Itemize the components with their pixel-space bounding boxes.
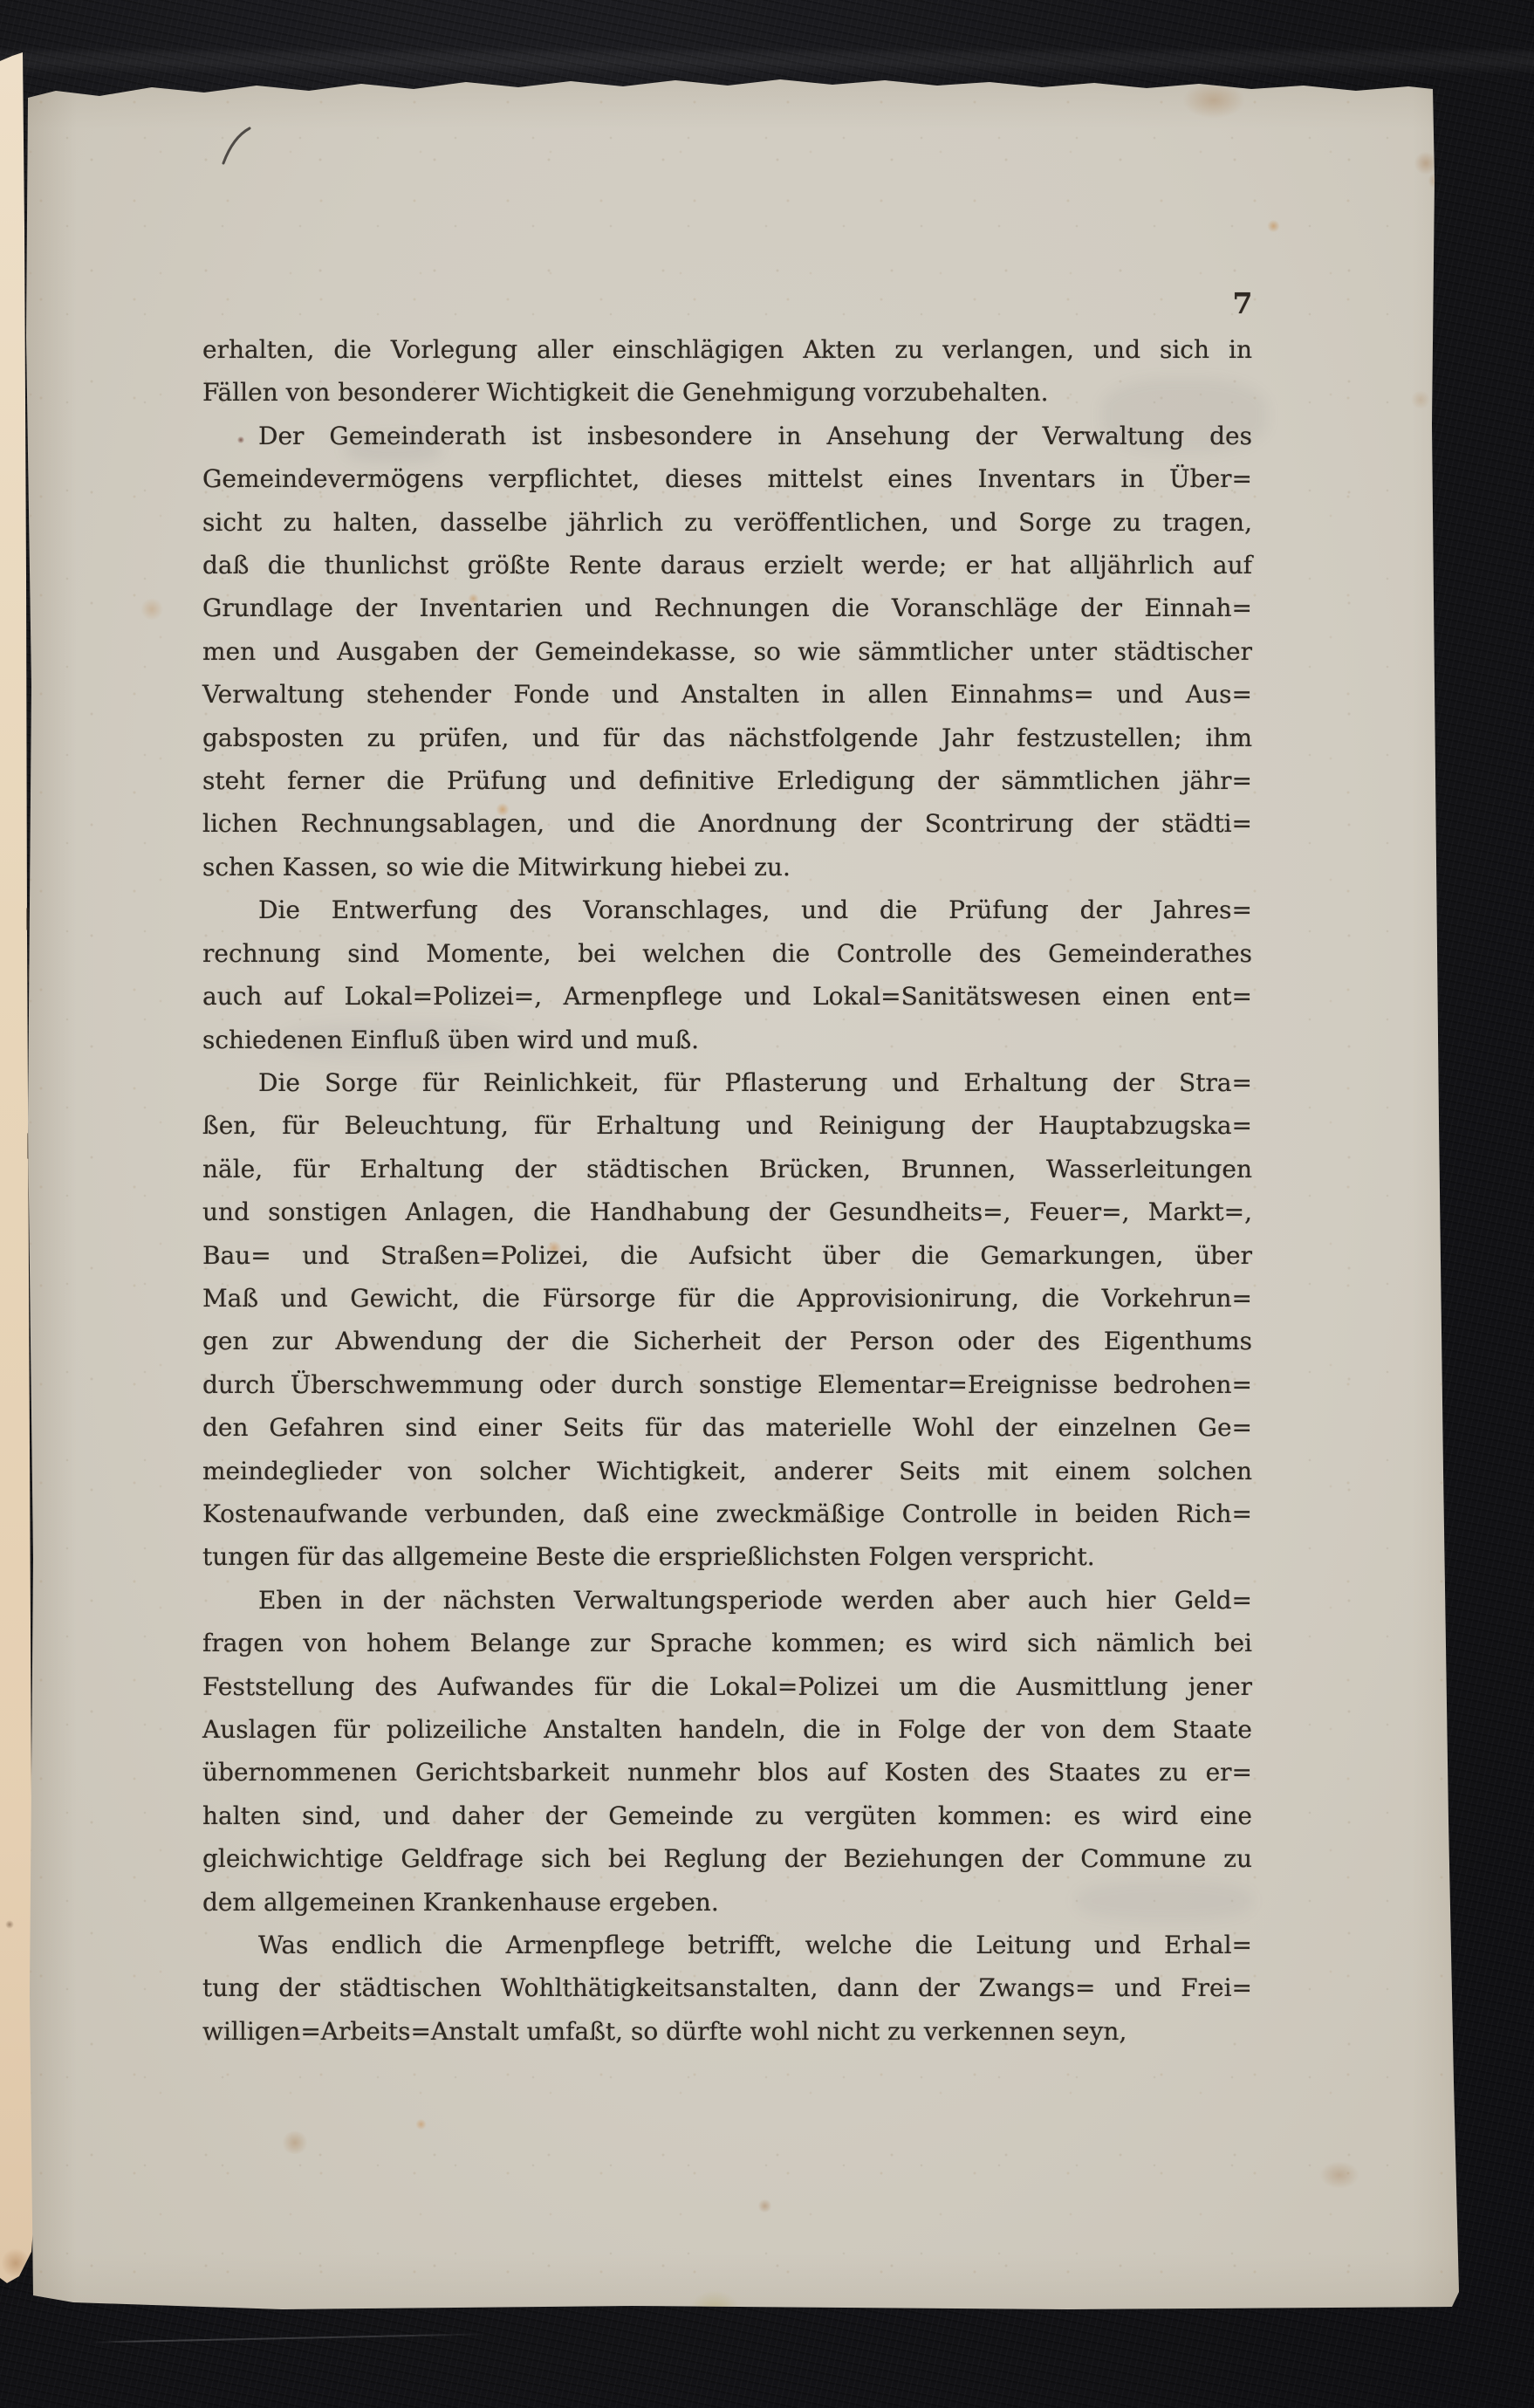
- binding-crease: [26, 908, 29, 930]
- text-line: willigen=Arbeits=Anstalt umfaßt, so dürf…: [202, 2010, 1252, 2053]
- text-line: den Gefahren sind einer Seits für das ma…: [202, 1406, 1252, 1449]
- text-line: rechnung sind Momente, bei welchen die C…: [202, 932, 1252, 975]
- text-line: sicht zu halten, dasselbe jährlich zu ve…: [202, 501, 1252, 544]
- text-line: und sonstigen Anlagen, die Handhabung de…: [202, 1190, 1252, 1233]
- cover-scratch: [92, 2333, 489, 2343]
- text-block: erhalten, die Vorlegung aller einschlägi…: [202, 328, 1252, 2053]
- text-line: Fällen von besonderer Wichtigkeit die Ge…: [202, 371, 1252, 414]
- text-line: durch Überschwemmung oder durch sonstige…: [202, 1363, 1252, 1406]
- text-line: tung der städtischen Wohlthätigkeitsanst…: [202, 1966, 1252, 2009]
- stain: [281, 2131, 309, 2154]
- text-line: Die Sorge für Reinlichkeit, für Pflaster…: [202, 1061, 1252, 1104]
- stain: [1410, 391, 1431, 408]
- stain: [1428, 173, 1445, 189]
- stain: [415, 2119, 427, 2130]
- text-line: Der Gemeinderath ist insbesondere in Ans…: [202, 415, 1252, 457]
- text-line: Die Entwerfung des Voranschlages, und di…: [202, 888, 1252, 931]
- text-line: gen zur Abwendung der die Sicherheit der…: [202, 1320, 1252, 1362]
- scanned-book-photo: 7 erhalten, die Vorlegung aller einschlä…: [0, 0, 1534, 2408]
- text-line: Eben in der nächsten Verwaltungsperiode …: [202, 1579, 1252, 1622]
- book-page: 7 erhalten, die Vorlegung aller einschlä…: [21, 75, 1461, 2315]
- text-line: Kostenaufwande verbunden, daß eine zweck…: [202, 1492, 1252, 1535]
- stain: [1319, 2161, 1359, 2189]
- stain: [1182, 82, 1245, 119]
- text-line: ßen, für Beleuchtung, für Erhaltung und …: [202, 1104, 1252, 1147]
- text-line: dem allgemeinen Krankenhause ergeben.: [202, 1881, 1252, 1924]
- text-line: Was endlich die Armenpflege betrifft, we…: [202, 1924, 1252, 1966]
- text-line: Bau= und Straßen=Polizei, die Aufsicht ü…: [202, 1234, 1252, 1277]
- text-line: tungen für das allgemeine Beste die ersp…: [202, 1535, 1252, 1578]
- page-number: 7: [1223, 286, 1262, 320]
- text-line: Maß und Gewicht, die Fürsorge für die Ap…: [202, 1277, 1252, 1320]
- text-line: schen Kassen, so wie die Mitwirkung hieb…: [202, 846, 1252, 888]
- text-line: Gemeindevermögens verpflichtet, dieses m…: [202, 457, 1252, 500]
- text-line: gleichwichtige Geldfrage sich bei Reglun…: [202, 1837, 1252, 1880]
- text-line: meindeglieder von solcher Wichtigkeit, a…: [202, 1450, 1252, 1492]
- text-line: Auslagen für polizeiliche Anstalten hand…: [202, 1708, 1252, 1751]
- text-line: schiedenen Einfluß üben wird und muß.: [202, 1019, 1252, 1061]
- stain: [1414, 152, 1438, 175]
- stain: [1267, 220, 1280, 232]
- stain: [689, 2290, 740, 2332]
- pen-mark: [221, 126, 252, 169]
- text-line: auch auf Lokal=Polizei=, Armenpflege und…: [202, 975, 1252, 1018]
- text-line: übernommenen Gerichtsbarkeit nunmehr blo…: [202, 1751, 1252, 1794]
- text-line: Grundlage der Inventarien und Rechnungen…: [202, 587, 1252, 629]
- text-line: Verwaltung stehender Fonde und Anstalten…: [202, 673, 1252, 716]
- text-line: men und Ausgaben der Gemeindekasse, so w…: [202, 630, 1252, 673]
- stain: [5, 1920, 14, 1929]
- text-line: erhalten, die Vorlegung aller einschlägi…: [202, 328, 1252, 371]
- text-line: näle, für Erhaltung der städtischen Brüc…: [202, 1148, 1252, 1190]
- text-line: daß die thunlichst größte Rente daraus e…: [202, 544, 1252, 587]
- text-line: gabsposten zu prüfen, und für das nächst…: [202, 717, 1252, 759]
- stain: [140, 599, 164, 620]
- stain: [757, 2199, 772, 2212]
- text-line: lichen Rechnungsablagen, und die Anordnu…: [202, 802, 1252, 845]
- text-line: Feststellung des Aufwandes für die Lokal…: [202, 1665, 1252, 1708]
- text-line: fragen von hohem Belange zur Sprache kom…: [202, 1622, 1252, 1664]
- text-line: steht ferner die Prüfung und definitive …: [202, 759, 1252, 802]
- stain: [2, 2247, 30, 2279]
- text-line: halten sind, und daher der Gemeinde zu v…: [202, 1794, 1252, 1837]
